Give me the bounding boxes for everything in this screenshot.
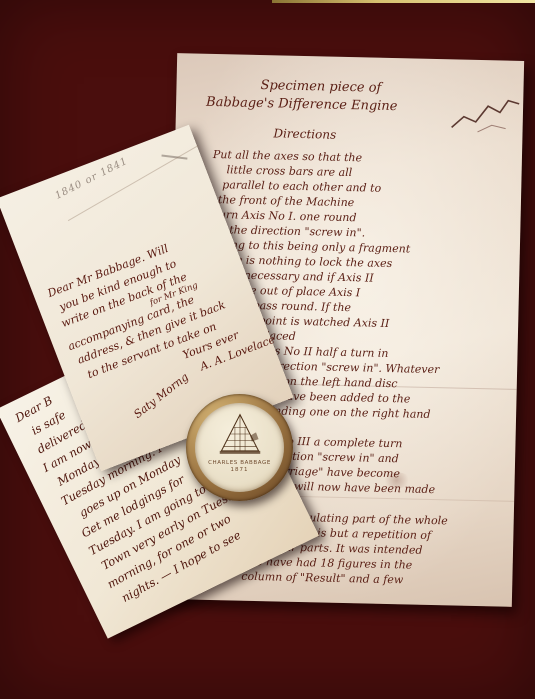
difference-engine-engraving-icon [213,412,267,456]
medallion-face: CHARLES BABBAGE 1871 [195,403,284,492]
paper-tear-mark [449,93,520,139]
direction-item-1: 1. Put all the axes so that the little c… [174,146,522,214]
photo-edge-artifact [272,0,535,3]
medallion-year: 1871 [195,467,284,474]
babbage-medallion: CHARLES BABBAGE 1871 [186,394,293,501]
photograph-of-letters: Specimen piece of Babbage's Difference E… [0,0,535,699]
medallion-name: CHARLES BABBAGE [195,460,284,467]
